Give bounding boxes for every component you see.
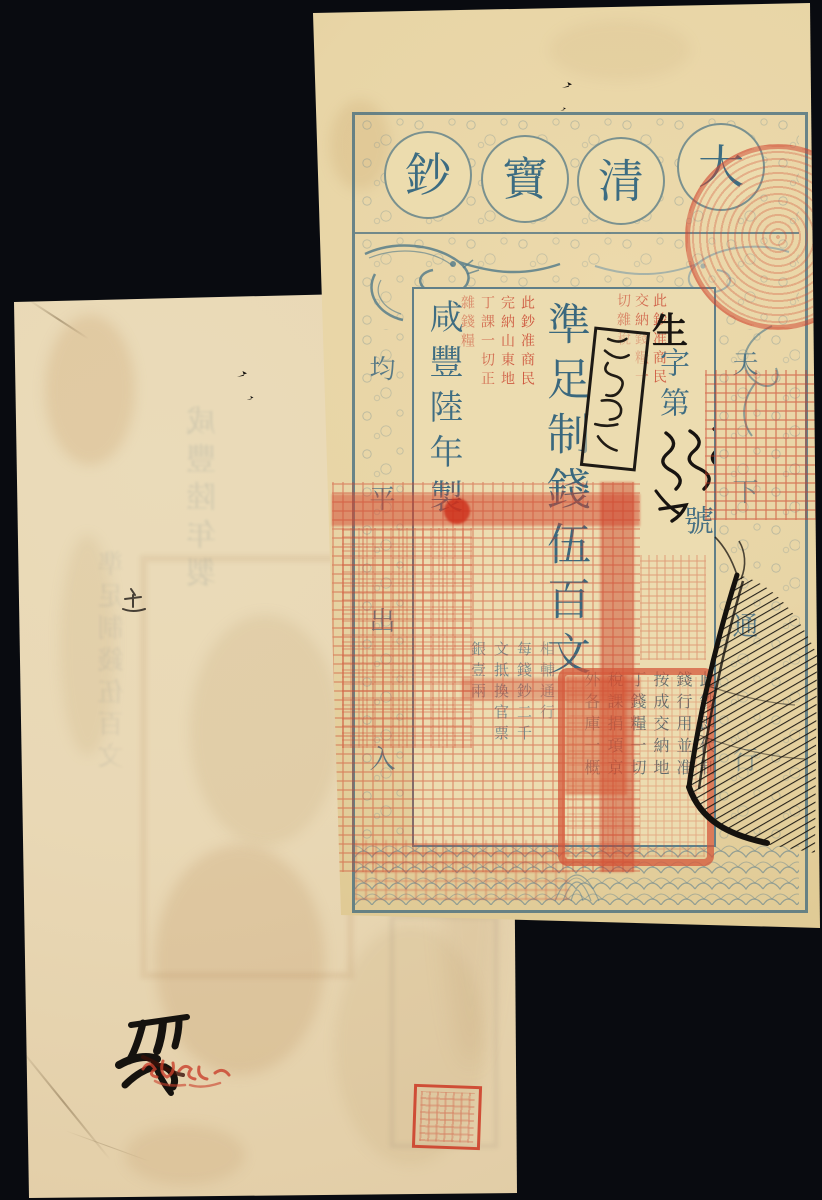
auction-photo-background: 咸豐陸年製 準足制錢伍百文 bbox=[0, 0, 822, 1200]
title-medallion: 鈔 bbox=[384, 131, 472, 219]
ghost-text: 準足制錢伍百文 bbox=[100, 550, 126, 774]
banknote-front: 鈔 寶 清 大 bbox=[310, 0, 822, 932]
stain bbox=[125, 1125, 245, 1185]
ink-scribble bbox=[675, 535, 822, 875]
border-seal-overprint bbox=[705, 370, 817, 520]
framed-seal-solid-area bbox=[565, 675, 627, 795]
collector-seal bbox=[412, 1084, 482, 1150]
endorsement-handwriting bbox=[584, 330, 641, 462]
border-motto-char: 均 bbox=[367, 355, 393, 381]
front-paper: 鈔 寶 清 大 bbox=[310, 0, 822, 932]
seal-ink-blot bbox=[444, 498, 470, 524]
serial-prefix: 字第 bbox=[656, 347, 686, 427]
paper-tear bbox=[560, 107, 566, 111]
red-handwriting bbox=[135, 1051, 240, 1096]
title-medallion: 寶 bbox=[481, 135, 569, 223]
collector-seal-pattern bbox=[419, 1091, 475, 1143]
stain bbox=[550, 20, 690, 80]
title-medallion: 清 bbox=[577, 137, 665, 225]
paper-tear bbox=[247, 396, 254, 400]
small-ink-doodle bbox=[117, 585, 153, 617]
seal-script-pattern-dense bbox=[342, 528, 472, 748]
stain bbox=[45, 315, 135, 465]
title-char: 鈔 bbox=[405, 148, 451, 202]
paper-tear bbox=[562, 82, 572, 88]
ghost-text: 咸豐陸年製 bbox=[190, 405, 220, 595]
title-char: 寶 bbox=[502, 152, 548, 206]
paper-tear bbox=[237, 371, 247, 377]
crease bbox=[15, 1043, 111, 1161]
title-char: 清 bbox=[598, 154, 644, 208]
seal-top-band bbox=[332, 494, 640, 526]
